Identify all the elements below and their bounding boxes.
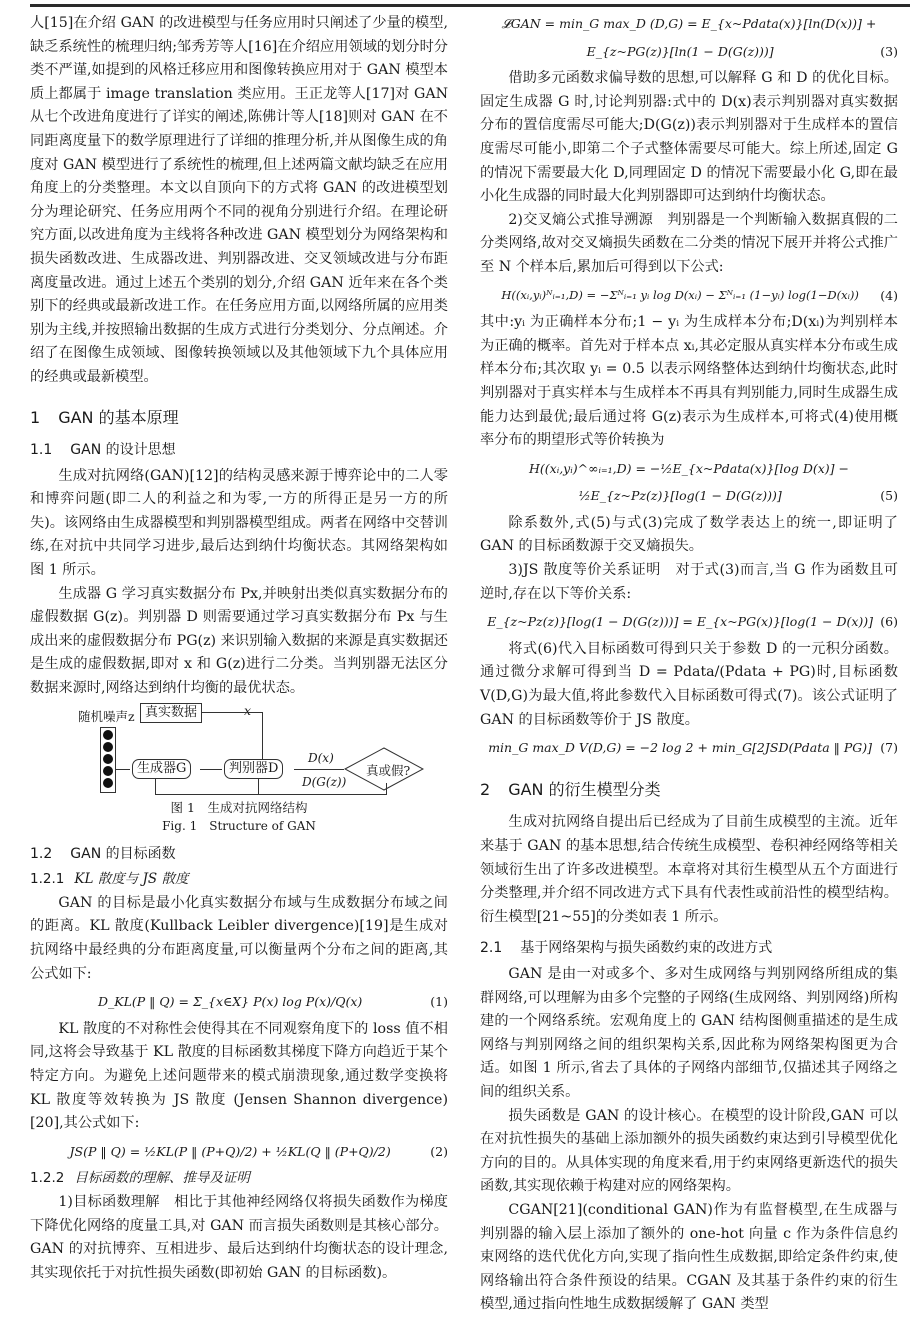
arrow-line bbox=[294, 769, 344, 770]
feedback-line bbox=[258, 779, 259, 795]
equation-3-line2: E_{z~PG(z)}[ln(1 − D(G(z)))] (3) bbox=[480, 40, 898, 64]
arrow-line bbox=[262, 712, 263, 759]
intro-paragraph: 人[15]在介绍 GAN 的改进模型与任务应用时只阐述了少量的模型,缺乏系统性的… bbox=[30, 12, 448, 390]
decision-label: 真或假? bbox=[366, 759, 410, 783]
equation-4: H((xᵢ,yᵢ)ᴺᵢ₌₁,D) = −Σᴺᵢ₌₁ yᵢ log D(xᵢ) −… bbox=[480, 284, 898, 308]
paragraph-js-proof: 3)JS 散度等价关系证明 对于式(3)而言,当 G 作为函数且可逆时,存在以下… bbox=[480, 559, 898, 606]
section-2-heading: 2GAN 的衍生模型分类 bbox=[480, 778, 898, 802]
noise-vector bbox=[100, 727, 116, 793]
paragraph-loss-function: 损失函数是 GAN 的设计核心。在模型的设计阶段,GAN 可以在对抗性损失的基础… bbox=[480, 1105, 898, 1199]
section-2-1-heading: 2.1基于网络架构与损失函数约束的改进方式 bbox=[480, 937, 898, 961]
section-1-2-heading: 1.2GAN 的目标函数 bbox=[30, 843, 448, 867]
section-1-heading: 1GAN 的基本原理 bbox=[30, 406, 448, 430]
paragraph-kl-intro: GAN 的目标是最小化真实数据分布域与生成数据分布域之间的距离。KL 散度(Ku… bbox=[30, 892, 448, 986]
paragraph-unification: 除系数外,式(5)与式(3)完成了数学表达上的统一,即证明了 GAN 的目标函数… bbox=[480, 512, 898, 559]
paragraph-generator-discriminator: 生成器 G 学习真实数据分布 Px,并映射出类似真实数据分布的虚假数据 G(z)… bbox=[30, 583, 448, 701]
paragraph-cgan: CGAN[21](conditional GAN)作为有监督模型,在生成器与判别… bbox=[480, 1199, 898, 1317]
paragraph-gan-design: 生成对抗网络(GAN)[12]的结构灵感来源于博弈论中的二人零和博弈问题(即二人… bbox=[30, 465, 448, 583]
figure-1-diagram: 随机噪声z 真实数据 x 生成器G 判别器D D(x) D(G(z)) 真或假? bbox=[30, 703, 448, 799]
feedback-line bbox=[386, 783, 387, 795]
paragraph-cross-entropy: 2)交叉熵公式推导溯源 判别器是一个判断输入数据真假的二分类网络,故对交叉熵损失… bbox=[480, 209, 898, 280]
paragraph-derived-models: 生成对抗网络自提出后已经成为了目前生成模型的主流。近年来基于 GAN 的基本思想… bbox=[480, 811, 898, 929]
paragraph-cluster-network: GAN 是由一对或多个、多对生成网络与判别网络所组成的集群网络,可以理解为由多个… bbox=[480, 963, 898, 1105]
noise-label: 随机噪声z bbox=[78, 705, 135, 729]
section-1-2-1-heading: 1.2.1KL 散度与 JS 散度 bbox=[30, 868, 448, 892]
equation-3-line1: 𝓛GAN = min_G max_D (D,G) = E_{x~Pdata(x)… bbox=[480, 12, 898, 36]
equation-5-line2: ½E_{z~Pz(z)}[log(1 − D(G(z)))] (5) bbox=[480, 484, 898, 508]
dgz-label: D(G(z)) bbox=[302, 771, 346, 795]
paragraph-optimization-goal: 借助多元函数求偏导数的思想,可以解释 G 和 D 的优化目标。固定生成器 G 时… bbox=[480, 67, 898, 209]
equation-7: min_G max_D V(D,G) = −2 log 2 + min_G[2J… bbox=[480, 736, 898, 760]
figure-1-caption-en: Fig. 1 Structure of GAN bbox=[30, 817, 448, 835]
x-label: x bbox=[244, 699, 251, 723]
right-column: 𝓛GAN = min_G max_D (D,G) = E_{x~Pdata(x)… bbox=[480, 12, 898, 1317]
arrow-line bbox=[116, 769, 130, 770]
page-top-rule bbox=[30, 4, 910, 7]
discriminator-box: 判别器D bbox=[224, 759, 283, 779]
real-data-box: 真实数据 bbox=[140, 703, 202, 723]
equation-5-line1: H((xᵢ,yᵢ)^∞ᵢ₌₁,D) = −½E_{x~Pdata(x)}[log… bbox=[480, 457, 898, 481]
equation-6: E_{z~Pz(z)}[log(1 − D(G(z)))] = E_{x~PG(… bbox=[480, 610, 898, 634]
paragraph-kl-asymmetry: KL 散度的不对称性会使得其在不同观察角度下的 loss 值不相同,这将会导致基… bbox=[30, 1018, 448, 1136]
figure-1-caption-cn: 图 1 生成对抗网络结构 bbox=[30, 799, 448, 817]
arrow-line bbox=[202, 712, 262, 713]
section-1-1-heading: 1.1GAN 的设计思想 bbox=[30, 439, 448, 463]
arrow-line bbox=[200, 769, 222, 770]
feedback-line bbox=[155, 794, 387, 795]
paragraph-equation-6-explain: 将式(6)代入目标函数可得到只关于参数 D 的一元积分函数。通过微分求解可得到当… bbox=[480, 638, 898, 732]
equation-1: D_KL(P ‖ Q) = Σ_{x∈X} P(x) log P(x)/Q(x)… bbox=[30, 990, 448, 1014]
paragraph-objective-understanding: 1)目标函数理解 相比于其他神经网络仅将损失函数作为梯度下降优化网络的度量工具,… bbox=[30, 1191, 448, 1285]
paragraph-equation-4-explain: 其中:yᵢ 为正确样本分布;1 − yᵢ 为生成样本分布;D(xᵢ)为判别样本为… bbox=[480, 311, 898, 453]
dx-label: D(x) bbox=[308, 747, 334, 771]
section-1-2-2-heading: 1.2.2目标函数的理解、推导及证明 bbox=[30, 1167, 448, 1191]
equation-2: JS(P ‖ Q) = ½KL(P ‖ (P+Q)/2) + ½KL(Q ‖ (… bbox=[30, 1140, 448, 1164]
feedback-line bbox=[155, 779, 156, 795]
left-column: 人[15]在介绍 GAN 的改进模型与任务应用时只阐述了少量的模型,缺乏系统性的… bbox=[30, 12, 448, 1285]
generator-box: 生成器G bbox=[132, 759, 191, 779]
